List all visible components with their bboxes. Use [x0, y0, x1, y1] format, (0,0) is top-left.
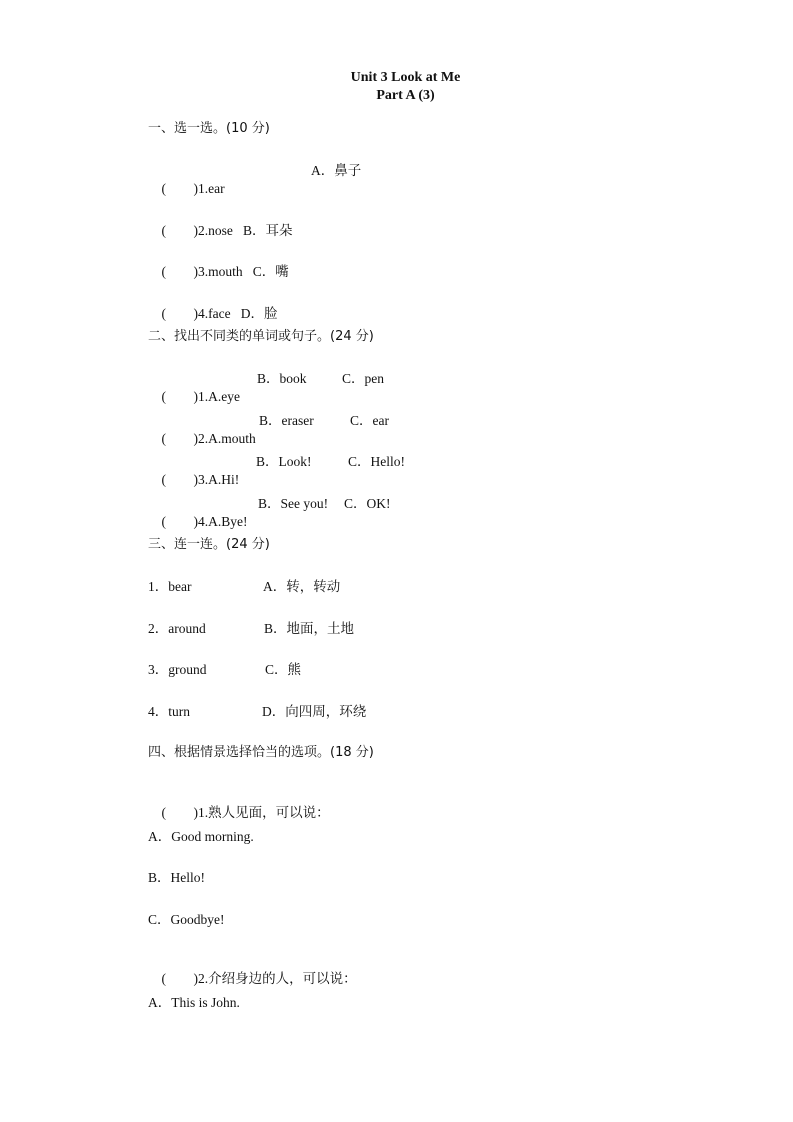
match-meaning-b[interactable]: B．地面，土地: [264, 620, 354, 638]
match-meaning-a[interactable]: A．转，转动: [263, 578, 340, 596]
answer-blank[interactable]: (: [162, 388, 194, 406]
answer-blank[interactable]: (: [162, 430, 194, 448]
worksheet-title: Unit 3 Look at Me Part A (3): [0, 69, 793, 105]
section-3-heading: 三、连一连。(24 分): [148, 536, 270, 554]
answer-blank[interactable]: (: [162, 513, 194, 531]
option-c: C．ear: [350, 412, 389, 430]
question-1-option-b: B．Hello!: [148, 869, 205, 887]
match-word-3[interactable]: 3．ground: [148, 661, 207, 679]
option-b: B．eraser: [259, 412, 314, 430]
worksheet-page: Unit 3 Look at Me Part A (3) 一、选一选。(10 分…: [0, 0, 793, 1122]
item-option: C．嘴: [253, 264, 289, 279]
match-word-4[interactable]: 4．turn: [148, 703, 190, 721]
option-b: B．book: [257, 370, 307, 388]
option-a: )2.A.mouth: [194, 431, 256, 446]
option-a: )3.A.Hi!: [194, 472, 240, 487]
answer-blank[interactable]: (: [162, 970, 194, 988]
answer-blank[interactable]: (: [162, 263, 194, 281]
option-b: B．Look!: [256, 453, 312, 471]
section-1-option-a: A．鼻子: [311, 162, 361, 180]
match-meaning-d[interactable]: D．向四周，环绕: [262, 703, 366, 721]
part-subtitle: Part A (3): [18, 87, 793, 105]
answer-blank[interactable]: (: [162, 180, 194, 198]
item-word: )2.nose: [194, 223, 233, 238]
answer-blank[interactable]: (: [162, 471, 194, 489]
answer-blank[interactable]: (: [162, 222, 194, 240]
match-word-2[interactable]: 2．around: [148, 620, 206, 638]
section-4-heading: 四、根据情景选择恰当的选项。(18 分): [148, 744, 374, 762]
option-c: C．OK!: [344, 495, 391, 513]
question-1-option-c: C．Goodbye!: [148, 911, 225, 929]
unit-title: Unit 3 Look at Me: [18, 69, 793, 87]
item-word: )1.ear: [194, 181, 225, 196]
answer-blank[interactable]: (: [162, 804, 194, 822]
section-1-heading: 一、选一选。(10 分): [148, 120, 270, 138]
answer-blank[interactable]: (: [162, 305, 194, 323]
question-1-option-a: A．Good morning.: [148, 828, 254, 846]
option-c: C．pen: [342, 370, 384, 388]
option-c: C．Hello!: [348, 453, 405, 471]
option-a: )4.A.Bye!: [194, 514, 248, 529]
match-word-1[interactable]: 1．bear: [148, 578, 191, 596]
section-2-heading: 二、找出不同类的单词或句子。(24 分): [148, 328, 374, 346]
question-text: )1.熟人见面，可以说：: [194, 805, 330, 820]
option-a: )1.A.eye: [194, 389, 240, 404]
item-word: )4.face: [194, 306, 231, 321]
item-option: B．耳朵: [243, 223, 293, 238]
question-text: )2.介绍身边的人，可以说：: [194, 971, 357, 986]
item-option: D．脸: [241, 306, 278, 321]
question-2-option-a: A．This is John.: [148, 994, 240, 1012]
item-word: )3.mouth: [194, 264, 243, 279]
option-b: B．See you!: [258, 495, 328, 513]
match-meaning-c[interactable]: C．熊: [265, 661, 301, 679]
